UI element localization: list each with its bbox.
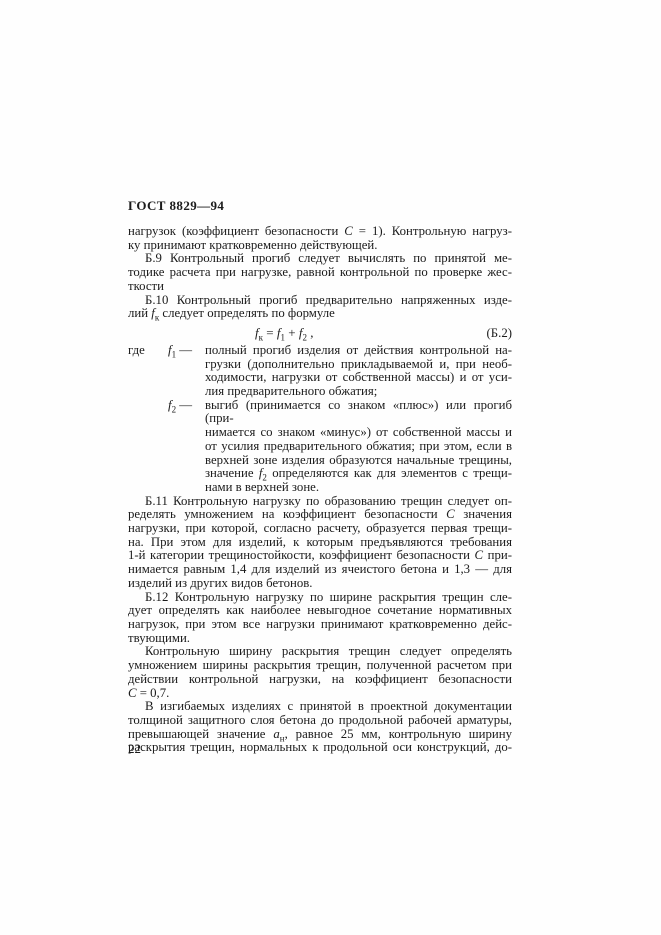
text-line: верхней зоне изделия образуются начальны… — [205, 454, 512, 468]
paragraph: Б.12 Контрольную нагрузку по ширине раск… — [128, 591, 512, 646]
definition-term: f2 — — [168, 399, 205, 413]
text-line: В изгибаемых изделиях с принятой в проек… — [128, 700, 512, 714]
paragraph: Б.10 Контрольный прогиб предварительно н… — [128, 294, 512, 321]
equation-label: (Б.2) — [487, 326, 512, 340]
text-line: тодике расчета при нагрузке, равной конт… — [128, 266, 512, 280]
text-line: твующими. — [128, 632, 512, 646]
text-line: ходимости, нагрузки от собственной массы… — [205, 371, 512, 385]
document-header: ГОСТ 8829—94 — [128, 198, 512, 214]
text-line: значение f2 определяются как для элемент… — [205, 467, 512, 481]
paragraph: Контрольную ширину раскрытия трещин след… — [128, 645, 512, 700]
definition-term: f1 — — [168, 344, 205, 358]
definition-lead: где — [128, 344, 168, 358]
formula-row: fк = f1 + f2 ,(Б.2) — [128, 326, 512, 340]
text-line: толщиной защитного слоя бетона до продол… — [128, 714, 512, 728]
definition-item: гдеf1 —полный прогиб изделия от действия… — [128, 344, 512, 399]
text-line: дует определять как наиболее невыгодное … — [128, 604, 512, 618]
text-line: на. При этом для изделий, к которым пред… — [128, 536, 512, 550]
text-line: Б.11 Контрольную нагрузку по образованию… — [128, 495, 512, 509]
document-content: ГОСТ 8829—94 нагрузок (коэффициент безоп… — [128, 198, 512, 755]
text-line: ткости — [128, 280, 512, 294]
text-line: лия предварительного обжатия; — [205, 385, 512, 399]
text-line: нимается равным 1,4 для изделий из ячеис… — [128, 563, 512, 577]
paragraph: нагрузок (коэффициент безопасности С = 1… — [128, 225, 512, 252]
definition-item: f2 —выгиб (принимается со знаком «плюс»)… — [128, 399, 512, 495]
text-line: Б.10 Контрольный прогиб предварительно н… — [128, 294, 512, 308]
text-line: изделий из других видов бетонов. — [128, 577, 512, 591]
text-line: грузки (дополнительно прикладываемой и, … — [205, 358, 512, 372]
text-line: от усилия предварительного обжатия; при … — [205, 440, 512, 454]
text-line: раскрытия трещин, нормальных к продольно… — [128, 741, 512, 755]
text-line: полный прогиб изделия от действия контро… — [205, 344, 512, 358]
text-line: действии контрольной нагрузки, на коэффи… — [128, 673, 512, 687]
definition-description: полный прогиб изделия от действия контро… — [205, 344, 512, 399]
text-line: нимается со знаком «минус») от собственн… — [205, 426, 512, 440]
text-line: Б.12 Контрольную нагрузку по ширине раск… — [128, 591, 512, 605]
equation: fк = f1 + f2 , — [128, 326, 487, 340]
paragraph: Б.11 Контрольную нагрузку по образованию… — [128, 495, 512, 591]
text-line: нами в верхней зоне. — [205, 481, 512, 495]
text-line: Контрольную ширину раскрытия трещин след… — [128, 645, 512, 659]
document-page: ГОСТ 8829—94 нагрузок (коэффициент безоп… — [0, 0, 661, 935]
definition-description: выгиб (принимается со знаком «плюс») или… — [205, 399, 512, 495]
text-line: 1-й категории трещиностойкости, коэффици… — [128, 549, 512, 563]
text-line: Б.9 Контрольный прогиб следует вычислять… — [128, 252, 512, 266]
text-line: нагрузок (коэффициент безопасности С = 1… — [128, 225, 512, 239]
paragraph: Б.9 Контрольный прогиб следует вычислять… — [128, 252, 512, 293]
paragraph: В изгибаемых изделиях с принятой в проек… — [128, 700, 512, 755]
text-line: ределять умножением на коэффициент безоп… — [128, 508, 512, 522]
text-line: умножением ширины раскрытия трещин, полу… — [128, 659, 512, 673]
text-line: лий fк следует определять по формуле — [128, 307, 512, 321]
text-line: нагрузок, при этом все нагрузки принимаю… — [128, 618, 512, 632]
text-line: выгиб (принимается со знаком «плюс») или… — [205, 399, 512, 426]
text-line: превышающей значение aн, равное 25 мм, к… — [128, 728, 512, 742]
text-line: ку принимают кратковременно действующей. — [128, 239, 512, 253]
page-number: 22 — [128, 741, 141, 757]
text-line: С = 0,7. — [128, 687, 512, 701]
text-line: нагрузки, при которой, согласно расчету,… — [128, 522, 512, 536]
